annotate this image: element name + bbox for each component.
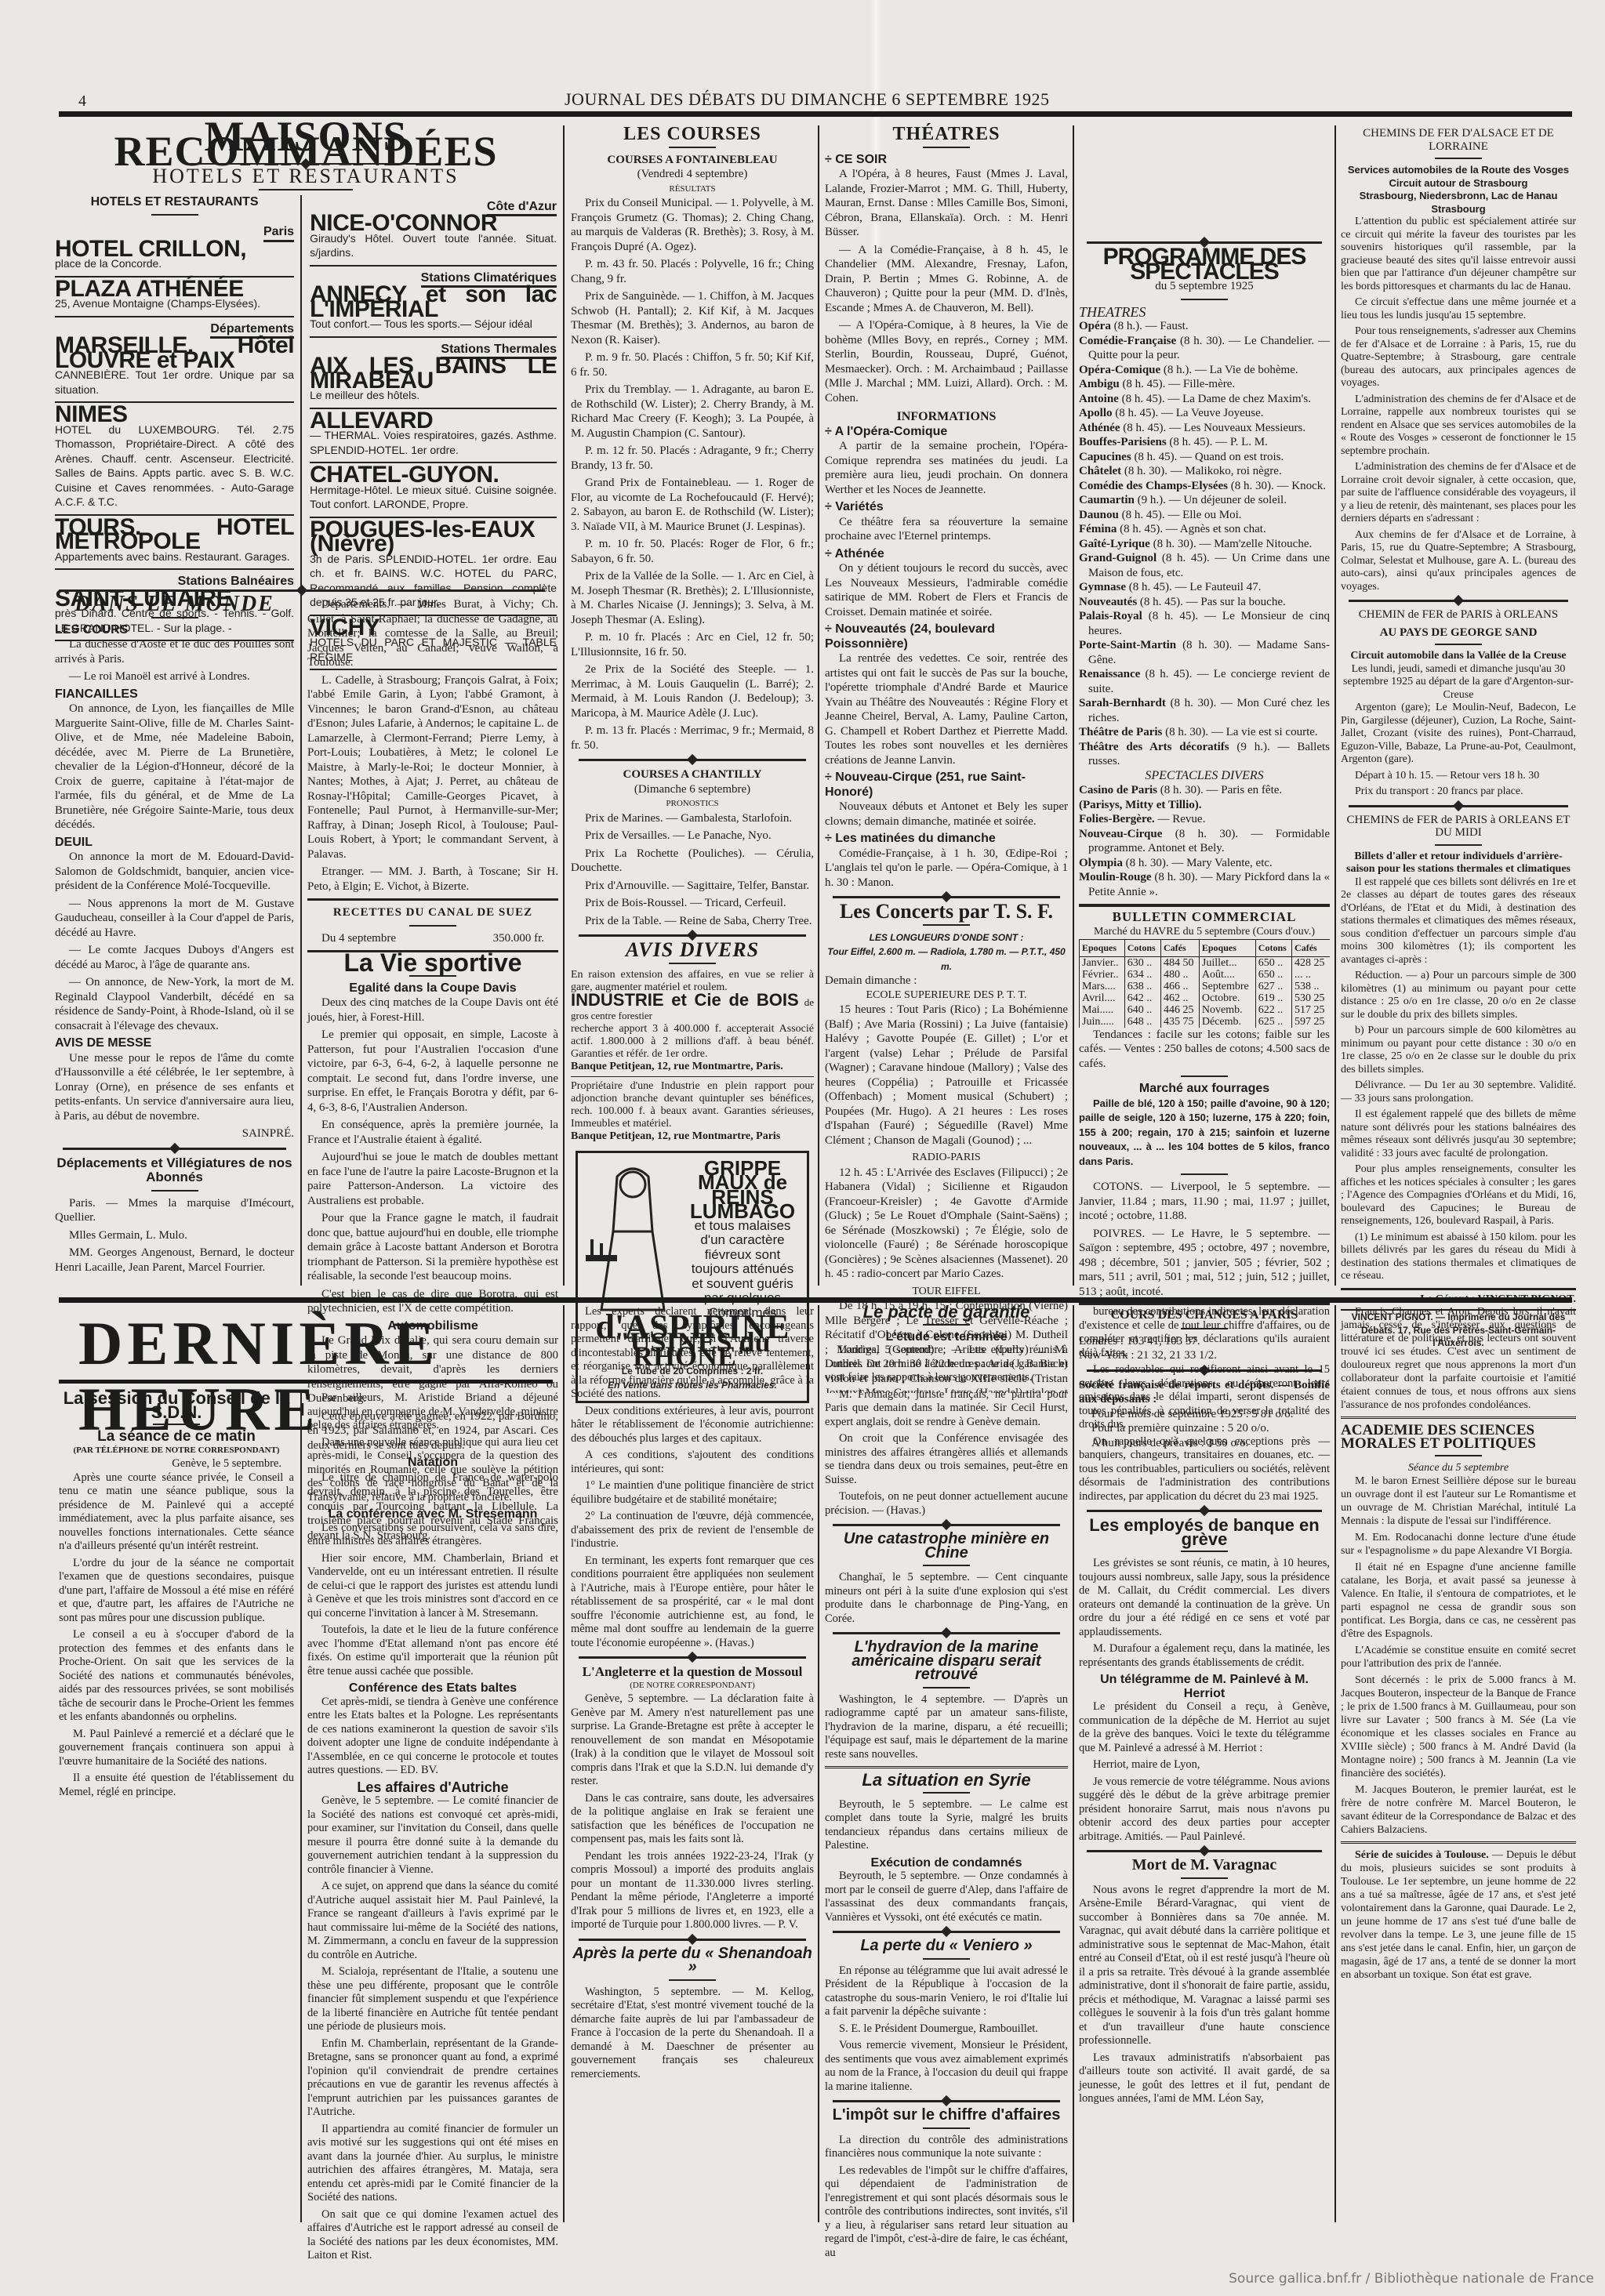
- derniere-top-rule: [59, 1297, 1572, 1303]
- programme-entry: Châtelet (8 h. 30). — Malikoko, roi nègr…: [1079, 464, 1330, 479]
- execution-para: Beyrouth, le 5 septembre. — Onze condamn…: [825, 1870, 1068, 1924]
- midi-para: Il est rappelé que ces billets sont déli…: [1341, 876, 1576, 967]
- shenandoah-para: Washington, 5 septembre. — M. Kellog, se…: [571, 1986, 814, 2082]
- impot-paras: La direction du contrôle des administrat…: [825, 2134, 1068, 2261]
- hotel-ad: Stations ThermalesAIX LES BAINS LE MIRAB…: [310, 338, 557, 409]
- academie-para: L'Académie se constitue ensuite en comit…: [1341, 1644, 1576, 1670]
- mossoul-para: Dans le cas contraire, sans doute, les a…: [571, 1792, 814, 1847]
- column-rule: [300, 596, 302, 1286]
- hotel-name: NICE-O'CONNOR: [310, 216, 557, 231]
- autriche-para: Enfin M. Chamberlain, représentant de la…: [307, 2037, 558, 2120]
- venue-name: Comédie-Française: [1079, 335, 1176, 347]
- race-result: P. m. 43 fr. 50. Placés : Polyvelle, 16 …: [571, 257, 814, 286]
- ad-region: Côte d'Azur: [487, 200, 557, 217]
- race-result: Prix de la Vallée de la Solle. — 1. Arc …: [571, 569, 814, 627]
- divider: [833, 2100, 1060, 2102]
- divider: [923, 924, 970, 926]
- programme-title: PROGRAMME DES SPECTACLES: [1079, 250, 1330, 279]
- seance-heading: La séance de ce matin: [59, 1430, 294, 1444]
- info-heading: INFORMATIONS: [825, 410, 1068, 425]
- info-heading: ÷ Les matinées du dimanche: [825, 832, 1068, 847]
- stresemann-paras: Les conversations se poursuivent, cela v…: [307, 1522, 558, 1679]
- hotel-ad: DépartementsMARSEILLE. Hôtel LOUVRE et P…: [55, 317, 294, 404]
- veniero-paras: En réponse au télégramme que lui avait a…: [825, 1964, 1068, 2095]
- varagnac-para: Nous avons le regret d'apprendre la mort…: [1079, 1884, 1330, 2048]
- bulletin-cell: Avril....: [1080, 992, 1125, 1004]
- greve-para: Les grévistes se sont réunis, ce matin, …: [1079, 1557, 1330, 1639]
- bulletin-cell: 435 75: [1160, 1016, 1199, 1028]
- paragraph: — Nous apprenons la mort de M. Gustave G…: [55, 897, 294, 941]
- venue-name: Théâtre des Arts décoratifs: [1079, 741, 1229, 753]
- info-text: Nouveaux débuts et Antonet et Bely les s…: [825, 800, 1068, 829]
- race-result: P. m. 13 fr. Placés : Merrimac, 9 fr.; M…: [571, 724, 814, 753]
- column-rule: [300, 1391, 302, 2222]
- hotel-name: NIMES: [55, 408, 294, 423]
- impot-para: Les redevables de l'impôt sur le chiffre…: [825, 2164, 1068, 2261]
- impot-para: La direction du contrôle des administrat…: [825, 2134, 1068, 2161]
- programme-entry: Porte-Saint-Martin (8 h. 30). — Madame S…: [1079, 638, 1330, 667]
- newspaper-page: 4 JOURNAL DES DÉBATS DU DIMANCHE 6 SEPTE…: [0, 0, 1605, 2296]
- race-result: Grand Prix de Fontainebleau. — 1. Roger …: [571, 476, 814, 534]
- programme-entry: Renaissance (8 h. 45). — Le concierge re…: [1079, 667, 1330, 696]
- venue-name: Capucines: [1079, 451, 1131, 463]
- bulletin-cell: Novemb.: [1199, 1004, 1255, 1016]
- divider: [833, 896, 1060, 898]
- programme-date: du 5 septembre 1925: [1079, 279, 1330, 294]
- autriche-para: On sait que ce qui domine l'examen actue…: [307, 2208, 558, 2263]
- telegramme-para: Le président du Conseil a reçu, à Genève…: [1079, 1700, 1330, 1755]
- theatre-info: ÷ A l'Opéra-ComiqueA partir de la semain…: [825, 425, 1068, 890]
- paragraph: — Le comte Jacques Duboys d'Angers est d…: [55, 943, 294, 972]
- autriche-para: A ce sujet, on apprend que dans la séanc…: [307, 1880, 558, 1962]
- info-heading: ÷ A l'Opéra-Comique: [825, 425, 1068, 440]
- bulletin-cell: Mai.....: [1080, 1004, 1125, 1016]
- hotel-ad: Stations ClimatériquesANNECY et son lac …: [310, 267, 557, 338]
- bulletin-cell: ... ..: [1292, 969, 1330, 981]
- divider: [1087, 1510, 1322, 1512]
- venue-name: Daunou: [1079, 509, 1119, 521]
- suez-box: RECETTES DU CANAL DE SUEZ Du 4 septembre…: [307, 898, 558, 945]
- sdn-para: L'ordre du jour de la séance ne comporta…: [59, 1557, 294, 1626]
- avis-ad-2: Propriétaire d'une Industrie en plein ra…: [571, 1076, 814, 1143]
- alsace-para: L'administration des chemins de fer d'Al…: [1341, 394, 1576, 459]
- divider: [1181, 1173, 1228, 1175]
- ce-soir-para: — A l'Opéra-Comique, à 8 heures, la Vie …: [825, 318, 1068, 405]
- bulletin-cell: Octobre.: [1199, 992, 1255, 1004]
- sand-sub: Circuit automobile dans la Vallée de la …: [1341, 650, 1576, 663]
- avis-ad-1: En raison extension des affaires, en vue…: [571, 969, 814, 1073]
- syrie-title: La situation en Syrie: [825, 1773, 1068, 1787]
- venue-name: Grand-Guignol: [1079, 552, 1157, 564]
- sdn-article: La session du Conseil de la S.D.N. La sé…: [59, 1391, 294, 1802]
- academie-date: Séance du 5 septembre: [1341, 1461, 1576, 1474]
- autriche-paras: Genève, le 5 septembre. — Le comité fina…: [307, 1794, 558, 2263]
- midi-para: (1) Le minimum est abaissé à 150 kilom. …: [1341, 1231, 1576, 1283]
- programme-entry: Apollo (8 h. 45). — La Veuve Joyeuse.: [1079, 406, 1330, 421]
- midi-para: Réduction. — a) Pour un parcours simple …: [1341, 970, 1576, 1021]
- hotel-desc: — THERMAL. Voies respiratoires, gazés. A…: [310, 428, 557, 457]
- programme-entry: Olympia (8 h. 30). — Mary Valente, etc.: [1079, 856, 1330, 871]
- divider: [579, 759, 806, 761]
- programme-entry: Grand-Guignol (8 h. 45). — Un Crime dans…: [1079, 551, 1330, 580]
- paragraph: Une messe pour le repos de l'âme du comt…: [55, 1051, 294, 1124]
- ad1-contact: Banque Petitjean, 12, rue Montmartre, Pa…: [571, 1061, 814, 1073]
- ecole-text: 15 heures : Tout Paris (Rico) ; La Bohém…: [825, 1003, 1068, 1148]
- radio-text: 12 h. 45 : L'Arrivée des Esclaves (Filip…: [825, 1166, 1068, 1282]
- programme-entry: Casino de Paris (8 h. 30). — Paris en fê…: [1079, 783, 1330, 798]
- varagnac-paras: Nous avons le regret d'apprendre la mort…: [1079, 1884, 1330, 2106]
- bulletin-cell: 650 ..: [1255, 956, 1291, 969]
- monde-section-heading: FIANCAILLES: [55, 687, 294, 702]
- bulletin-cell: 650 ..: [1255, 969, 1291, 981]
- sand-heading: AU PAYS DE GEORGE SAND: [1341, 626, 1576, 640]
- orleans-title: CHEMIN de FER de PARIS à ORLEANS: [1341, 608, 1576, 622]
- alsace-para: Aux chemins de fer d'Alsace et de Lorrai…: [1341, 529, 1576, 594]
- venue-name: Apollo: [1079, 407, 1113, 419]
- pacte-para: Toutefois, on ne peut donner actuellemen…: [825, 1490, 1068, 1518]
- bulletin-cell: 480 ..: [1160, 969, 1199, 981]
- programme-entry: Caumartin (9 h.). — Un déjeuner de solei…: [1079, 493, 1330, 508]
- ad2-contact: Banque Petitjean, 12, rue Montmartre, Pa…: [571, 1130, 814, 1143]
- bulletin-cell: 597 25: [1292, 1016, 1330, 1028]
- bulletin-cell: Février..: [1080, 969, 1125, 981]
- race-pronostic: Prix de Bois-Roussel. — Tricard, Cerfeui…: [571, 896, 814, 911]
- fourrages-heading: Marché aux fourrages: [1079, 1082, 1330, 1097]
- race-pronostic: Prix de Marines. — Gambalesta, Starlofoi…: [571, 811, 814, 826]
- venue-name: Moulin-Rouge: [1079, 871, 1152, 883]
- autriche-para: Genève, le 5 septembre. — Le comité fina…: [307, 1794, 558, 1877]
- sport-heading: Egalité dans la Coupe Davis: [307, 981, 558, 996]
- impot-continued: bureau des contributions indirectes, leu…: [1079, 1305, 1330, 1503]
- paragraph: — On annonce, de New-York, la mort de M.…: [55, 975, 294, 1033]
- programme-entry: Gaîté-Lyrique (8 h. 30). — Mam'zelle Nit…: [1079, 537, 1330, 552]
- alsace-para: Ce circuit s'effectue dans une même jour…: [1341, 296, 1576, 322]
- bulletin-cell: 619 ..: [1255, 992, 1291, 1004]
- programme-entry: Opéra-Comique (8 h.). — La Vie de bohème…: [1079, 363, 1330, 378]
- suicides-heading: Série de suicides à Toulouse.: [1355, 1849, 1489, 1861]
- hydravion-para: Washington, le 4 septembre. — D'après un…: [825, 1693, 1068, 1762]
- paragraph: On annonce, de Lyon, les fiançailles de …: [55, 702, 294, 832]
- hotel-name: ANNECY et son lac L'IMPÉRIAL: [310, 288, 557, 317]
- programme-entry: Ambigu (8 h. 45). — Fille-mère.: [1079, 377, 1330, 392]
- monde-section-heading: AVIS DE MESSE: [55, 1036, 294, 1051]
- bulletin-cell: 627 ..: [1255, 981, 1291, 992]
- bulletin-row: Avril....642 ..462 ..Octobre.619 ..530 2…: [1080, 992, 1331, 1004]
- col5-news: bureau des contributions indirectes, leu…: [1079, 1305, 1330, 2109]
- bulletin-cell: Mars....: [1080, 981, 1125, 992]
- race-pronostic: Prix La Rochette (Pouliches). — Cérulia,…: [571, 847, 814, 876]
- race-result: Prix de Sanguinède. — 1. Chiffon, à M. J…: [571, 289, 814, 347]
- experts-para: A ces conditions, s'ajoutent des conditi…: [571, 1449, 814, 1476]
- impot-title: L'impôt sur le chiffre d'affaires: [825, 2109, 1068, 2123]
- theatres-label: THEATRES: [1079, 305, 1330, 320]
- bulletin-cell: 484 50: [1160, 956, 1199, 969]
- venue-name: Caumartin: [1079, 494, 1135, 506]
- varagnac-cont: Francis Charmes et Aron. Depuis lors, il…: [1341, 1305, 1576, 1412]
- programme-entry: Théâtre des Arts décoratifs (9 h.). — Ba…: [1079, 740, 1330, 769]
- divider: [833, 1632, 1060, 1634]
- venue-name: Bouffes-Parisiens: [1079, 436, 1167, 448]
- hotel-ad: ParisHOTEL CRILLON,place de la Concorde.: [55, 220, 294, 277]
- ce-soir-heading: ÷ CE SOIR: [825, 153, 1068, 168]
- greve-title: Les employés de banque en grève: [1079, 1518, 1330, 1546]
- suez-label: Du 4 septembre: [321, 931, 396, 946]
- ad2-body: Propriétaire d'une Industrie en plein ra…: [571, 1080, 814, 1130]
- telegramme-heading: Un télégramme de M. Painlevé à M. Herrio…: [1079, 1673, 1330, 1700]
- deplacement-para: MM. Georges Angenoust, Bernard, le docte…: [55, 1246, 294, 1275]
- impot-para: Les redevables qui rectifieront ainsi av…: [1079, 1363, 1330, 1432]
- midi-para: Pour plus amples renseignements, consult…: [1341, 1163, 1576, 1228]
- bulletin-row: Juin.....648 ..435 75Décemb.625 ..597 25: [1080, 1016, 1331, 1028]
- pacte-para: On croit que la Conférence envisagée des…: [825, 1432, 1068, 1487]
- divider: [1349, 600, 1568, 602]
- greve-para: M. Durafour a également reçu, dans la ma…: [1079, 1642, 1330, 1670]
- academie-para: M. Jacques Bouteron, le premier lauréat,…: [1341, 1783, 1576, 1837]
- ad-region: Paris: [263, 225, 294, 242]
- bulletin-row: Février..634 ..480 ..Août....650 ..... .…: [1080, 969, 1331, 981]
- divider: [669, 963, 716, 964]
- suez-title: RECETTES DU CANAL DE SUEZ: [307, 905, 558, 920]
- ce-soir-para: A l'Opéra, à 8 heures, Faust (Mmes J. La…: [825, 167, 1068, 240]
- bulletin-cell: 622 ..: [1255, 1004, 1291, 1016]
- midi-title: CHEMINS de FER de PARIS à ORLEANS ET DU …: [1341, 814, 1576, 840]
- bulletin-cell: 538 ..: [1292, 981, 1330, 992]
- impot-para: On rappelle qu'à quelques exceptions prè…: [1079, 1435, 1330, 1504]
- stresemann-para: Les conversations se poursuivent, cela v…: [307, 1522, 558, 1549]
- midi-para: Délivrance. — Du 1er au 30 septembre. Va…: [1341, 1079, 1576, 1105]
- divider: [923, 1565, 970, 1566]
- programme-entry: Sarah-Bernhardt (8 h. 30). — Mon Curé ch…: [1079, 696, 1330, 725]
- info-text: La rentrée des vedettes. Ce soir, rentré…: [825, 651, 1068, 767]
- dans-le-monde: DANS LE MONDE LES COURSLa duchesse d'Aos…: [55, 597, 294, 1278]
- midi-para: b) Pour un parcours simple de 600 kilomè…: [1341, 1025, 1576, 1076]
- divider: [1181, 299, 1228, 300]
- autriche-para: Il appartiendra au comité financier de f…: [307, 2123, 558, 2205]
- hotel-name: CHATEL-GUYON.: [310, 468, 557, 483]
- bulletin-cell: 634 ..: [1124, 969, 1160, 981]
- hotel-name: PLAZA ATHÉNÉE: [55, 282, 294, 297]
- hotel-desc: HOTEL du LUXEMBOURG. Tél. 2.75 Thomasson…: [55, 423, 294, 510]
- sand-route: Argenton (gare); Le Moulin-Neuf, Badecon…: [1341, 702, 1576, 767]
- programme-entry: Fémina (8 h. 45). — Agnès et son chat.: [1079, 522, 1330, 537]
- info-heading: ÷ Nouveau-Cirque (251, rue Saint-Honoré): [825, 771, 1068, 800]
- hotel-desc: CANNEBIÈRE. Tout 1er ordre. Unique par s…: [55, 368, 294, 397]
- programme-entry: Daunou (8 h. 45). — Elle ou Moi.: [1079, 508, 1330, 523]
- mossoul-paras: Genève, 5 septembre. — La déclaration fa…: [571, 1692, 814, 1932]
- divider: [151, 1190, 198, 1192]
- info-heading: ÷ Variétés: [825, 500, 1068, 515]
- divider: [151, 214, 198, 216]
- alsace-sub2: Circuit autour de Strasbourg: [1341, 177, 1576, 190]
- venue-name: Folies-Bergère.: [1079, 813, 1155, 825]
- bulletin-cell: Décemb.: [1199, 1016, 1255, 1028]
- pacte-para: M. Fromageot, juriste français, ne parti…: [825, 1388, 1068, 1430]
- results-label: RÉSULTATS: [571, 182, 814, 197]
- hotel-desc: Tout confort.— Tous les sports.— Séjour …: [310, 317, 557, 332]
- telegramme-para: Je vous remercie de votre télégramme. No…: [1079, 1776, 1330, 1844]
- avis-title: AVIS DIVERS: [571, 943, 814, 958]
- sport-title: La Vie sportive: [307, 956, 558, 970]
- bulletin-cell: Juillet...: [1199, 956, 1255, 969]
- paragraph: — Le roi Manoël est arrivé à Londres.: [55, 669, 294, 684]
- column-rule: [1073, 1305, 1074, 2222]
- race-pronostic: Prix de la Table. — Reine de Saba, Cherr…: [571, 914, 814, 929]
- bulletin-table: EpoquesCotonsCafésEpoquesCotonsCafés Jan…: [1079, 940, 1330, 1028]
- monde-signature: SAINPRÉ.: [55, 1126, 294, 1141]
- divider: [153, 1424, 200, 1425]
- divider: [1181, 1075, 1228, 1077]
- alsace-para: L'attention du public est spécialement a…: [1341, 216, 1576, 293]
- divers-list: Casino de Paris (8 h. 30). — Paris en fê…: [1079, 783, 1330, 899]
- sdn-para: Par ailleurs, M. Aristide Briand a déjeu…: [307, 1391, 558, 1433]
- experts-para: En terminant, les experts font remarquer…: [571, 1554, 814, 1651]
- race-result: P. m. 12 fr. 50. Placés : Adragante, 9 f…: [571, 444, 814, 473]
- paragraph: Deux des cinq matches de la Coupe Davis …: [307, 996, 558, 1025]
- divider: [1087, 1850, 1322, 1852]
- venue-name: Palais-Royal: [1079, 610, 1142, 622]
- programme-entry: Nouveau-Cirque (8 h. 30). — Formidable p…: [1079, 827, 1330, 856]
- bulletin-header: Epoques: [1080, 940, 1125, 956]
- byline: (PAR TÉLÉPHONE DE NOTRE CORRESPONDANT): [59, 1444, 294, 1458]
- bulletin-commercial: BULLETIN COMMERCIAL Marché du HAVRE du 5…: [1079, 904, 1330, 1299]
- hotel-name: ALLEVARD: [310, 414, 557, 429]
- race-result: 2e Prix de la Société des Steeple. — 1. …: [571, 662, 814, 720]
- left-heading: HOTELS ET RESTAURANTS: [55, 195, 294, 210]
- venue-name: Athénée: [1079, 422, 1120, 434]
- academie-para: M. Em. Rodocanachi donne lecture d'une é…: [1341, 1531, 1576, 1558]
- divider: [151, 617, 198, 618]
- academie-paras: M. le baron Ernest Seillière dépose sur …: [1341, 1474, 1576, 1837]
- venue-name: Casino de Paris: [1079, 784, 1157, 796]
- bulletin-cell: 530 25: [1292, 992, 1330, 1004]
- venue-name: Opéra-Comique: [1079, 364, 1160, 376]
- divider: [923, 2127, 970, 2129]
- les-courses: LES COURSES COURSES A FONTAINEBLEAU (Ven…: [571, 127, 814, 1411]
- hotel-desc: Giraudy's Hôtel. Ouvert toute l'année. S…: [310, 231, 557, 260]
- bulletin-tendances: Tendances : facile sur les cotons; faibl…: [1079, 1028, 1330, 1072]
- deplacement-para: Départements. — Mmes Burat, à Vichy; Ch.…: [307, 597, 558, 670]
- hotel-desc: Appartements avec bains. Restaurant. Gar…: [55, 550, 294, 564]
- prono-label: PRONOSTICS: [571, 796, 814, 811]
- venue-name: Sarah-Bernhardt: [1079, 697, 1166, 709]
- experts-para: Les experts déclarent nettement, dans le…: [571, 1305, 814, 1402]
- alsace-title: CHEMINS DE FER D'ALSACE ET DE LORRAINE: [1341, 127, 1576, 153]
- programme-entry: Nouveautés (8 h. 45). — Pas sur la bouch…: [1079, 595, 1330, 610]
- chantilly-date: (Dimanche 6 septembre): [571, 782, 814, 797]
- ce-soir-para: — A la Comédie-Française, à 8 h. 45, le …: [825, 243, 1068, 316]
- hotel-name: AIX LES BAINS LE MIRABEAU: [310, 359, 557, 388]
- ornament-rule: [188, 163, 423, 165]
- deplacement-para: Paris. — Mmes la marquise d'Imécourt, Qu…: [55, 1196, 294, 1225]
- hotel-name: HOTEL CRILLON,: [55, 242, 294, 257]
- execution-heading: Exécution de condamnés: [825, 1856, 1068, 1870]
- courses-title: LES COURSES: [571, 127, 814, 142]
- programme-entry: Moulin-Rouge (8 h. 30). — Mary Pickford …: [1079, 870, 1330, 899]
- pacte-title: Le pacte de garantie: [825, 1305, 1068, 1319]
- bulletin-header: Cafés: [1160, 940, 1199, 956]
- race-pronostic: Prix de Versailles. — Le Panache, Nyo.: [571, 829, 814, 843]
- alsace-sub1: Services automobiles de la Route des Vos…: [1341, 164, 1576, 177]
- midi-sub: Billets d'aller et retour individuels d'…: [1341, 851, 1576, 876]
- suicides-para: — Depuis le début du mois, plusieurs sui…: [1341, 1849, 1576, 1981]
- experts-para: 2° La continuation de l'œuvre, déjà comm…: [571, 1510, 814, 1551]
- mossoul-para: Pendant les trois années 1922-23-24, l'I…: [571, 1850, 814, 1932]
- chantilly-heading: COURSES A CHANTILLY: [571, 767, 814, 782]
- divider: [1181, 1877, 1228, 1879]
- venue-name: Opéra: [1079, 320, 1111, 332]
- divers-label: SPECTACLES DIVERS: [1079, 769, 1330, 784]
- info-heading: ÷ Athénée: [825, 547, 1068, 562]
- divider: [259, 189, 353, 190]
- divider: [1435, 158, 1482, 159]
- page-number: 4: [78, 92, 86, 111]
- chine-para: Changhaï, le 5 septembre. — Cent cinquan…: [825, 1571, 1068, 1626]
- masthead: JOURNAL DES DÉBATS DU DIMANCHE 6 SEPTEMB…: [565, 89, 1050, 110]
- info-text: On y détient toujours le record du succè…: [825, 561, 1068, 619]
- telegramme-paras: Le président du Conseil a reçu, à Genève…: [1079, 1700, 1330, 1844]
- hydravion-title: L'hydravion de la marine américaine disp…: [825, 1641, 1068, 1682]
- telegramme-para: Herriot, maire de Lyon,: [1079, 1758, 1330, 1772]
- col6-news: Francis Charmes et Aron. Depuis lors, il…: [1341, 1305, 1576, 1985]
- tsf-demain: Demain dimanche :: [825, 974, 1068, 988]
- varagnac-title: Mort de M. Varagnac: [1079, 1859, 1330, 1873]
- veniero-title: La perte du « Veniero »: [825, 1939, 1068, 1953]
- divider: [1181, 1551, 1228, 1552]
- programme-entry: Capucines (8 h. 45). — Quand on est troi…: [1079, 450, 1330, 465]
- alsace-para: Pour tous renseignements, s'adresser aux…: [1341, 325, 1576, 390]
- column-rule: [818, 1305, 819, 2222]
- veniero-para: S. E. le Président Doumergue, Rambouille…: [825, 2022, 1068, 2037]
- derniere-bottom-rule: [59, 1380, 553, 1384]
- sdn-para: Il a ensuite été question de l'établisse…: [59, 1772, 294, 1799]
- sdn-title: La session du Conseil de la S.D.N.: [59, 1391, 294, 1419]
- deplacements-continued: Départements. — Mmes Burat, à Vichy; Ch.…: [307, 597, 558, 894]
- ecole-heading: ECOLE SUPERIEURE DES P. T. T.: [825, 988, 1068, 1003]
- autriche-heading: Les affaires d'Autriche: [307, 1781, 558, 1795]
- programme-entry: Folies-Bergère. — Revue.: [1079, 812, 1330, 827]
- programme-entry: Théâtre de Paris (8 h. 30). — La vie est…: [1079, 725, 1330, 740]
- bulletin-header: Cafés: [1292, 940, 1330, 956]
- cotons-text: COTONS. — Liverpool, le 5 septembre. — J…: [1079, 1180, 1330, 1224]
- autriche-para: M. Scialoja, représentant de l'Italie, a…: [307, 1965, 558, 2034]
- paragraph: Le premier qui opposait, en simple, Laco…: [307, 1028, 558, 1115]
- hotel-desc: 25, Avenue Montaigne (Champs-Elysées).: [55, 296, 294, 311]
- bulletin-row: Mai.....640 ..446 25Novemb.622 ..517 25: [1080, 1004, 1331, 1016]
- alsace-para: L'administration des chemins de fer d'Al…: [1341, 461, 1576, 526]
- bulletin-cell: Janvier..: [1080, 956, 1125, 969]
- hotel-name: MARSEILLE. Hôtel LOUVRE et PAIX: [55, 339, 294, 368]
- bulletin-cell: 648 ..: [1124, 1016, 1160, 1028]
- woman-illustration-icon: [586, 1161, 680, 1318]
- ad1-body: recherche apport 3 à 400.000 f. accepter…: [571, 1023, 814, 1061]
- pacte-paras: Londres, 5 septembre. — Les experts réun…: [825, 1344, 1068, 1518]
- divider: [1435, 1455, 1482, 1456]
- stresemann-para: Hier soir encore, MM. Chamberlain, Brian…: [307, 1552, 558, 1621]
- bulletin-cell: 428 25: [1292, 956, 1330, 969]
- programme-entry: Athénée (8 h. 45). — Les Nouveaux Messie…: [1079, 421, 1330, 436]
- divider: [669, 147, 716, 148]
- deplacement-para: Etranger. — MM. J. Barth, à Toscane; Sir…: [307, 865, 558, 894]
- sand-times: Départ à 10 h. 15. — Retour vers 18 h. 3…: [1341, 770, 1576, 783]
- experts-para: 1° Le maintien d'une politique financièr…: [571, 1479, 814, 1507]
- wavelength-label: LES LONGUEURS D'ONDE SONT :: [825, 930, 1068, 945]
- hotel-ad: Côte d'AzurNICE-O'CONNORGiraudy's Hôtel.…: [310, 195, 557, 267]
- fontainebleau-heading: COURSES A FONTAINEBLEAU: [571, 153, 814, 168]
- venue-name: Châtelet: [1079, 465, 1121, 477]
- veniero-para: Vous remercie vivement, Monsieur le Prés…: [825, 2039, 1068, 2094]
- column-rule: [1073, 125, 1074, 1286]
- column-rule: [1334, 1305, 1336, 2222]
